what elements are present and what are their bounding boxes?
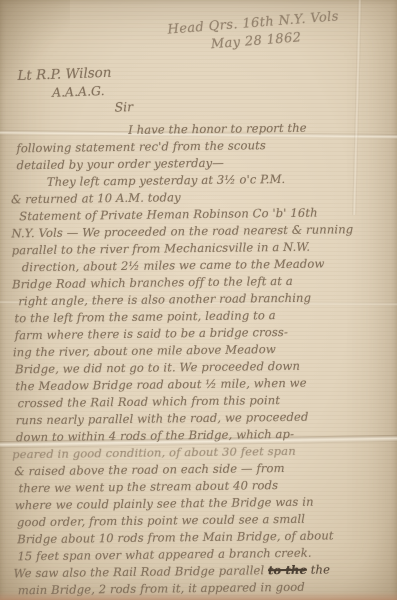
address-block: Lt R.P. Wilson A.A.A.G. Sir [17,64,133,118]
letter-header: Head Qrs. 16th N.Y. Vols May 28 1862 [167,5,389,55]
salutation: Sir [114,99,133,115]
correction-text: the [307,562,330,576]
recipient-name: Lt R.P. Wilson [17,64,132,84]
letter-paper: Head Qrs. 16th N.Y. Vols May 28 1862 Lt … [0,0,397,600]
letter-body: I have the honor to report thefollowing … [8,119,396,600]
handwriting-line: main Bridge, 2 rods from it, it appeared… [18,578,396,600]
line-text: We saw also the Rail Road Bridge paralle… [14,563,269,580]
struck-words: to the [268,563,307,577]
recipient-office: A.A.A.G. [52,82,133,100]
